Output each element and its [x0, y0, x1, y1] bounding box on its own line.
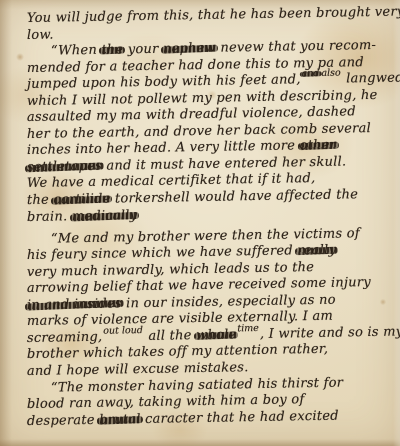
struck-out-word: nephew [163, 41, 216, 58]
word-segment: torkershell would have affected the [110, 187, 358, 206]
word-segment: low. [27, 27, 54, 42]
struck-out-word: medically [72, 208, 138, 226]
word-segment: all the [144, 328, 196, 344]
word-segment: nevew that you recom- [216, 38, 376, 56]
struck-out-word: whole [196, 327, 237, 344]
word-segment: the [27, 193, 54, 208]
word-segment: caracter that he had excited [141, 408, 339, 426]
word-segment: brain. [27, 209, 72, 225]
struck-out-word: brutal [99, 412, 141, 429]
inserted-word: out loud [103, 331, 143, 332]
manuscript-text: You will judge from this, that he has be… [27, 11, 386, 430]
word-segment: langwedge [342, 70, 400, 86]
struck-out-word: cartilide [53, 192, 110, 210]
struck-out-word: the [101, 42, 123, 59]
word-segment: your [123, 42, 163, 58]
word-segment: “When [51, 43, 102, 59]
manuscript-page: You will judge from this, that he has be… [0, 0, 400, 446]
word-segment: , I write and so is my [260, 324, 400, 342]
struck-out-word: other [299, 138, 336, 155]
struck-out-word: settletapes [27, 159, 102, 177]
struck-out-word: really [297, 243, 336, 260]
word-segment: screaming, [27, 330, 103, 346]
word-segment: desperate [27, 412, 99, 428]
word-segment: and I hope will excuse mistakes. [27, 360, 249, 379]
